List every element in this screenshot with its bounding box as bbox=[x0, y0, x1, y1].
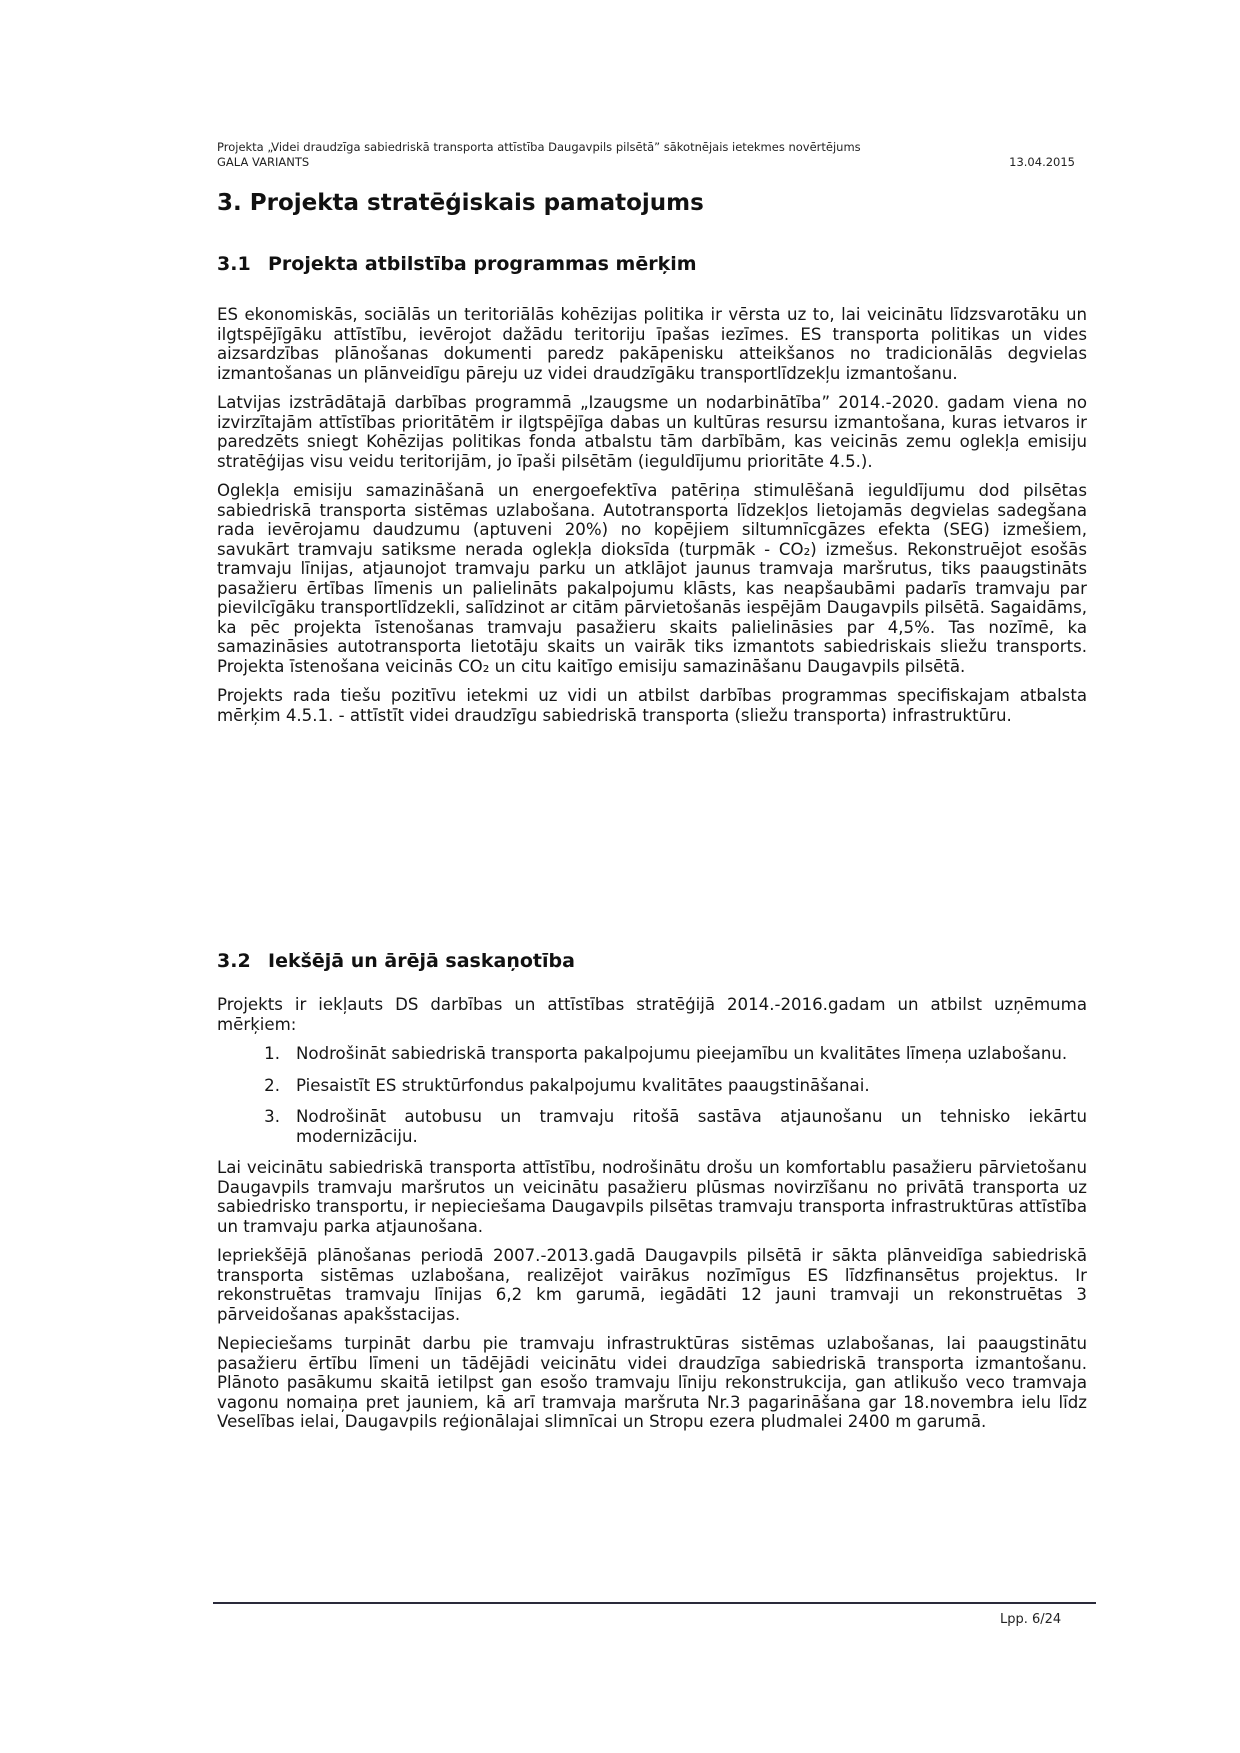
paragraph: Projekts rada tiešu pozitīvu ietekmi uz … bbox=[217, 686, 1087, 725]
paragraph: Nepieciešams turpināt darbu pie tramvaju… bbox=[217, 1334, 1087, 1432]
paragraph: Oglekļa emisiju samazināšanā un energoef… bbox=[217, 481, 1087, 676]
section-number: 3.1 bbox=[217, 253, 268, 275]
list-item: 1. Nodrošināt sabiedriskā transporta pak… bbox=[217, 1044, 1087, 1064]
list-text: Piesaistīt ES struktūrfondus pakalpojumu… bbox=[296, 1076, 1087, 1096]
footer-divider bbox=[213, 1602, 1096, 1604]
running-header: Projekta „Videi draudzīga sabiedriskā tr… bbox=[217, 140, 1075, 170]
list-item: 3. Nodrošināt autobusu un tramvaju ritoš… bbox=[217, 1107, 1087, 1146]
goals-list: 1. Nodrošināt sabiedriskā transporta pak… bbox=[217, 1044, 1087, 1146]
list-number: 1. bbox=[250, 1044, 296, 1064]
page-number: Lpp. 6/24 bbox=[1000, 1612, 1061, 1627]
section-heading-3-2: 3.2Iekšējā un ārējā saskaņotība bbox=[217, 950, 575, 972]
list-number: 2. bbox=[250, 1076, 296, 1096]
chapter-title: 3. Projekta stratēģiskais pamatojums bbox=[217, 190, 704, 216]
list-text: Nodrošināt autobusu un tramvaju ritošā s… bbox=[296, 1107, 1087, 1146]
list-number: 3. bbox=[250, 1107, 296, 1146]
section-heading-3-1: 3.1Projekta atbilstība programmas mērķim bbox=[217, 253, 697, 275]
section-title: Projekta atbilstība programmas mērķim bbox=[268, 253, 697, 275]
paragraph: Lai veicinātu sabiedriskā transporta att… bbox=[217, 1158, 1087, 1236]
section-3-2-body: Projekts ir iekļauts DS darbības un attī… bbox=[217, 995, 1087, 1442]
section-number: 3.2 bbox=[217, 950, 268, 972]
paragraph: Iepriekšējā plānošanas periodā 2007.-201… bbox=[217, 1246, 1087, 1324]
header-date: 13.04.2015 bbox=[1009, 155, 1075, 170]
paragraph-intro: Projekts ir iekļauts DS darbības un attī… bbox=[217, 995, 1087, 1034]
document-page: Projekta „Videi draudzīga sabiedriskā tr… bbox=[0, 0, 1240, 1753]
section-title: Iekšējā un ārējā saskaņotība bbox=[268, 950, 575, 972]
section-3-1-body: ES ekonomiskās, sociālās un teritoriālās… bbox=[217, 305, 1087, 735]
paragraph: ES ekonomiskās, sociālās un teritoriālās… bbox=[217, 305, 1087, 383]
list-item: 2. Piesaistīt ES struktūrfondus pakalpoj… bbox=[217, 1076, 1087, 1096]
list-text: Nodrošināt sabiedriskā transporta pakalp… bbox=[296, 1044, 1087, 1064]
header-variant: GALA VARIANTS bbox=[217, 155, 309, 170]
paragraph: Latvijas izstrādātajā darbības programmā… bbox=[217, 393, 1087, 471]
header-title: Projekta „Videi draudzīga sabiedriskā tr… bbox=[217, 140, 1075, 155]
